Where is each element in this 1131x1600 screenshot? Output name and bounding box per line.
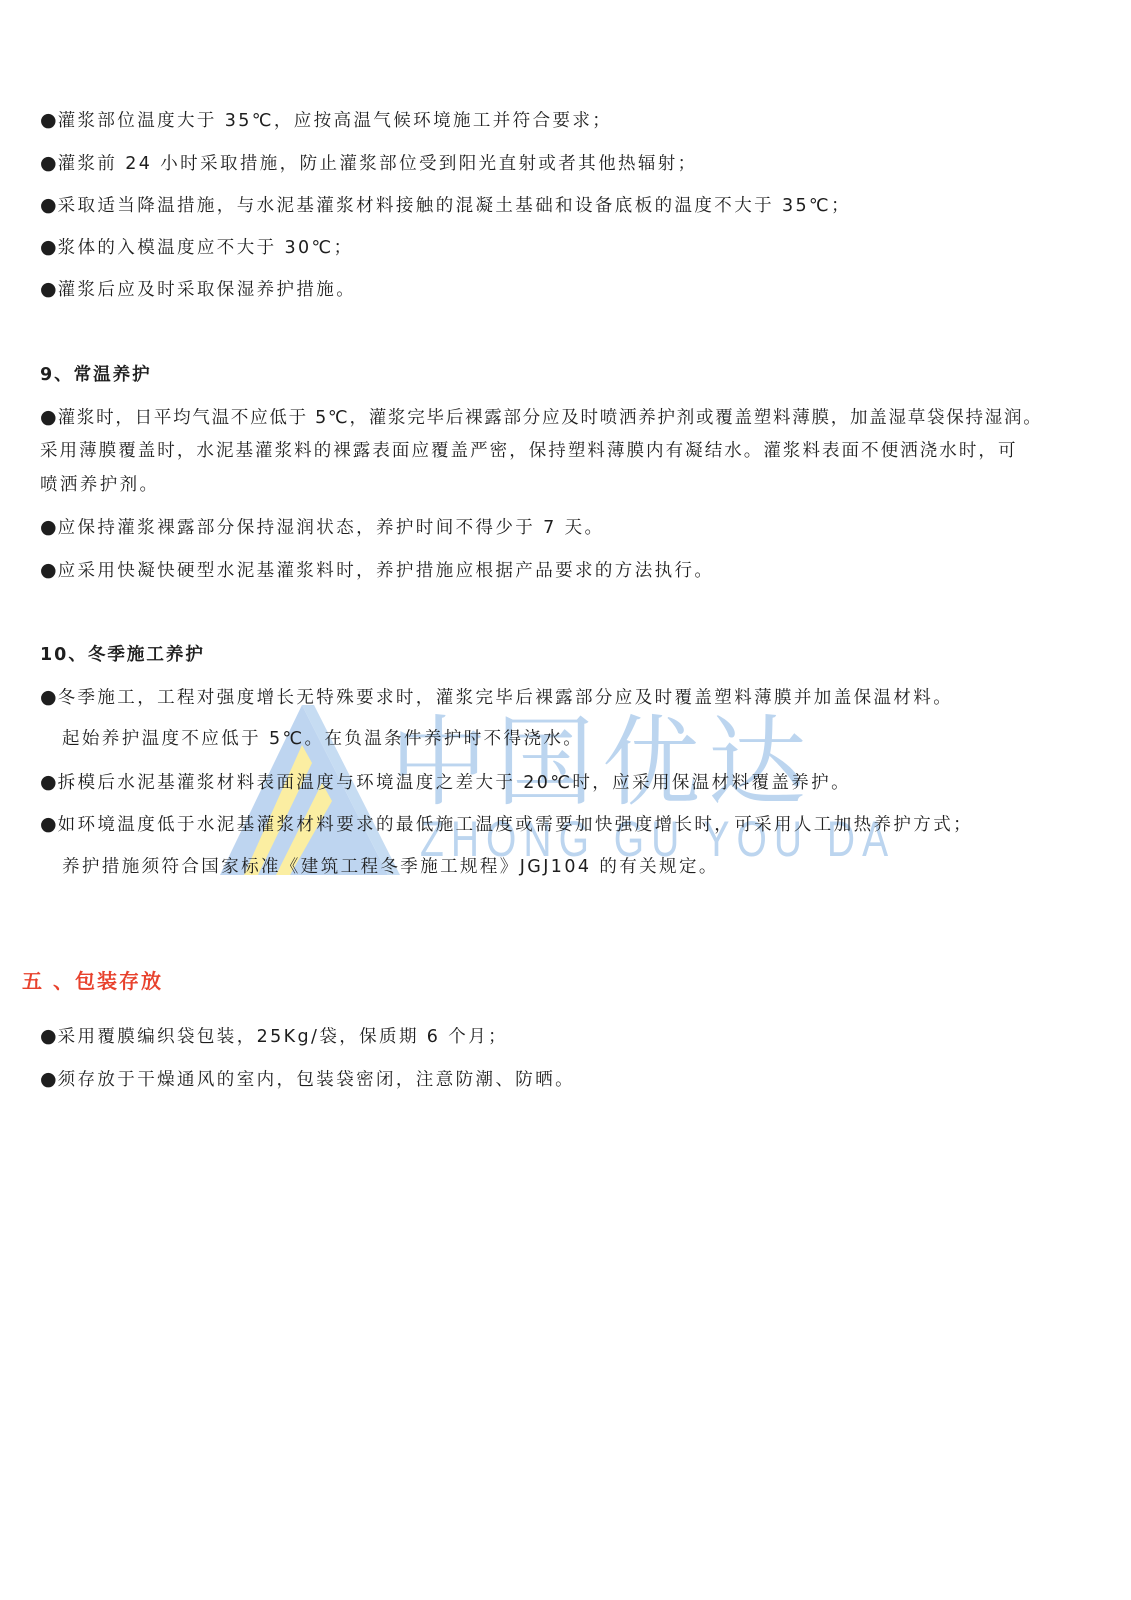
section-heading-9: 9、常温养护: [40, 364, 152, 386]
bullet-icon: ●: [40, 278, 57, 300]
bullet-item: ●浆体的入模温度应不大于 30℃；: [40, 236, 353, 259]
bullet-item: ●灌浆部位温度大于 35℃，应按高温气候环境施工并符合要求；: [40, 109, 612, 132]
bullet-icon: ●: [40, 771, 57, 793]
bullet-icon: ●: [40, 1068, 57, 1090]
bullet-item: ●拆模后水泥基灌浆材料表面温度与环境温度之差大于 20℃时，应采用保温材料覆盖养…: [40, 771, 851, 794]
bullet-item: ●采用覆膜编织袋包装，25Kg/袋，保质期 6 个月；: [40, 1025, 508, 1048]
bullet-icon: ●: [40, 813, 57, 835]
bullet-item: ●冬季施工，工程对强度增长无特殊要求时，灌浆完毕后裸露部分应及时覆盖塑料薄膜并加…: [40, 686, 953, 709]
bullet-item: ●应采用快凝快硬型水泥基灌浆料时，养护措施应根据产品要求的方法执行。: [40, 559, 714, 582]
document-page: ●灌浆部位温度大于 35℃，应按高温气候环境施工并符合要求； ●灌浆前 24 小…: [0, 0, 1131, 1600]
paragraph-line: 养护措施须符合国家标准《建筑工程冬季施工规程》JGJ104 的有关规定。: [62, 856, 719, 878]
bullet-item: ●应保持灌浆裸露部分保持湿润状态，养护时间不得少于 7 天。: [40, 516, 604, 539]
bullet-icon: ●: [40, 406, 57, 428]
bullet-icon: ●: [40, 236, 57, 258]
bullet-icon: ●: [40, 559, 57, 581]
bullet-item: ●灌浆时，日平均气温不应低于 5℃，灌浆完毕后裸露部分应及时喷洒养护剂或覆盖塑料…: [40, 406, 1042, 429]
bullet-item: ●如环境温度低于水泥基灌浆材料要求的最低施工温度或需要加快强度增长时，可采用人工…: [40, 813, 973, 836]
bullet-item: ●灌浆后应及时采取保湿养护措施。: [40, 278, 356, 301]
bullet-icon: ●: [40, 686, 57, 708]
bullet-icon: ●: [40, 109, 57, 131]
bullet-icon: ●: [40, 1025, 57, 1047]
section-heading-10: 10、冬季施工养护: [40, 644, 205, 666]
bullet-item: ●采取适当降温措施，与水泥基灌浆材料接触的混凝土基础和设备底板的温度不大于 35…: [40, 194, 851, 217]
bullet-item: ●灌浆前 24 小时采取措施，防止灌浆部位受到阳光直射或者其他热辐射；: [40, 152, 698, 175]
paragraph-line: 采用薄膜覆盖时，水泥基灌浆料的裸露表面应覆盖严密，保持塑料薄膜内有凝结水。灌浆料…: [40, 440, 1018, 462]
section-title-packaging: 五 、包装存放: [22, 968, 163, 994]
bullet-icon: ●: [40, 194, 57, 216]
bullet-item: ●须存放于干燥通风的室内，包装袋密闭，注意防潮、防晒。: [40, 1068, 575, 1091]
bullet-icon: ●: [40, 152, 57, 174]
paragraph-line: 起始养护温度不应低于 5℃。在负温条件养护时不得浇水。: [62, 728, 583, 750]
bullet-icon: ●: [40, 516, 57, 538]
paragraph-line: 喷洒养护剂。: [40, 474, 159, 496]
